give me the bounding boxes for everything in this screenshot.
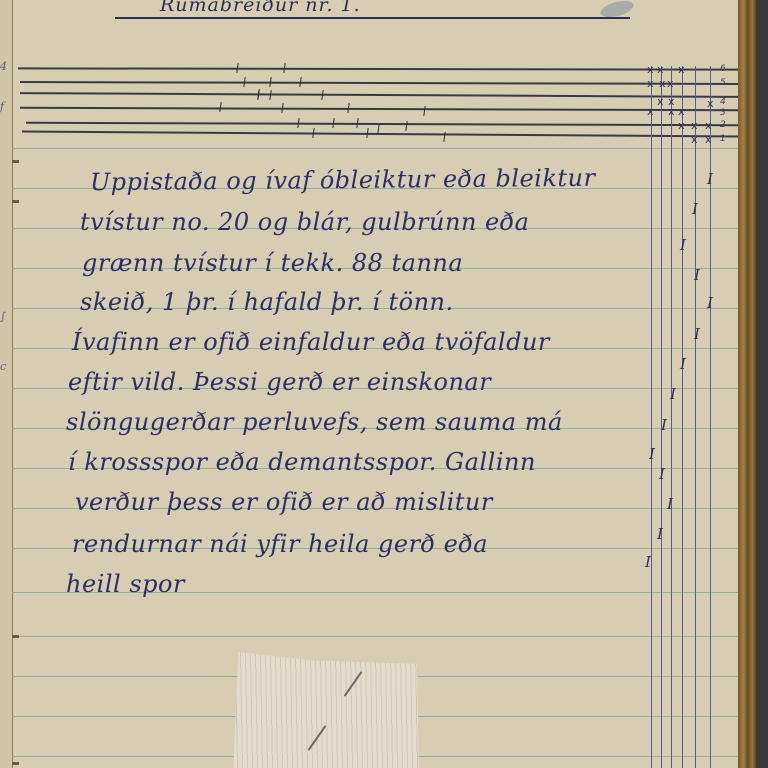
margin-scrawl: f xyxy=(0,100,4,113)
treadle-line xyxy=(682,66,683,768)
threading-line-4 xyxy=(20,92,738,98)
treadle-mark: I xyxy=(659,467,665,482)
treadle-mark: I xyxy=(707,296,713,311)
treadle-mark: I xyxy=(707,172,713,187)
ruled-line xyxy=(12,148,738,149)
margin-mark xyxy=(12,160,19,163)
treadle-mark: I xyxy=(661,418,667,433)
margin-scrawl: ∫ xyxy=(0,310,6,323)
treadle-mark: I xyxy=(657,527,663,542)
treadle-mark: I xyxy=(667,497,673,512)
tieup-x: x xyxy=(691,120,698,131)
shaft-number: 4 xyxy=(720,97,726,107)
text-line-7: slöngugerðar perluvefs, sem sauma má xyxy=(66,408,563,436)
text-line-6: eftir vild. Þessi gerð er einskonar xyxy=(68,368,491,396)
text-line-1: Uppistaða og ívaf óbleiktur eða bleiktur xyxy=(90,164,596,196)
text-line-11: heill spor xyxy=(66,570,185,598)
threading-tick xyxy=(443,132,445,142)
text-line-5: Ívafinn er ofið einfaldur eða tvöfaldur xyxy=(72,328,550,356)
text-line-2: tvístur no. 20 og blár, gulbrúnn eða xyxy=(80,208,529,236)
previous-page-edge: 4 f ∫ c xyxy=(0,0,13,768)
notebook-page: 4 f ∫ c Rúmábreiður nr. 1. xyxy=(0,0,740,768)
tieup-x: x xyxy=(667,78,674,89)
fabric-sample xyxy=(231,646,419,768)
text-line-3: grænn tvístur í tekk. 88 tanna xyxy=(82,249,463,277)
text-line-8: í krossspor eða demantsspor. Gallinn xyxy=(68,448,536,476)
tieup-x: x xyxy=(668,106,675,117)
tieup-x: x xyxy=(657,64,664,75)
tieup-x: x xyxy=(659,78,666,89)
tieup-x: x xyxy=(647,64,654,75)
text-line-9: verður þess er ofið er að mislitur xyxy=(75,488,493,516)
treadle-mark: I xyxy=(694,268,700,283)
treadle-line xyxy=(651,66,652,768)
tieup-x: x xyxy=(707,98,714,109)
threading-line-1 xyxy=(22,131,738,138)
shaft-number: 2 xyxy=(720,120,726,130)
treadle-mark: I xyxy=(692,202,698,217)
shaft-number: 1 xyxy=(720,134,726,144)
page-title: Rúmábreiður nr. 1. xyxy=(160,0,361,16)
title-underline xyxy=(115,17,630,19)
margin-mark xyxy=(12,200,19,203)
tieup-x: x xyxy=(705,134,712,145)
book-binding-edge xyxy=(738,0,756,768)
text-line-10: rendurnar nái yfir heila gerð eða xyxy=(72,530,488,558)
treadle-line xyxy=(671,66,672,768)
tieup-x: x xyxy=(678,120,685,131)
treadle-mark: I xyxy=(694,327,700,342)
treadle-mark: I xyxy=(649,447,655,462)
shaft-number: 3 xyxy=(720,108,726,118)
margin-mark xyxy=(12,635,19,638)
margin-scrawl: c xyxy=(0,360,6,373)
tieup-x: x xyxy=(647,78,654,89)
margin-scrawl: 4 xyxy=(0,60,7,73)
treadle-mark: I xyxy=(680,238,686,253)
tieup-x: x xyxy=(691,134,698,145)
text-line-4: skeið, 1 þr. í hafald þr. í tönn. xyxy=(80,288,454,316)
ruled-line xyxy=(12,636,738,637)
treadle-mark: I xyxy=(680,357,686,372)
treadle-mark: I xyxy=(670,387,676,402)
threading-tick xyxy=(405,121,407,131)
tieup-x: x xyxy=(657,96,664,107)
threading-line-3 xyxy=(20,107,738,112)
margin-mark xyxy=(12,762,19,765)
treadle-line xyxy=(695,66,696,768)
tieup-x: x xyxy=(647,106,654,117)
tieup-x: x xyxy=(678,64,685,75)
tieup-x: x xyxy=(678,106,685,117)
shaft-number: 5 xyxy=(720,78,726,88)
threading-line-2 xyxy=(26,122,738,126)
treadle-mark: I xyxy=(645,555,651,570)
threading-line-5 xyxy=(20,81,738,85)
threading-line-6 xyxy=(18,67,738,70)
tieup-x: x xyxy=(705,120,712,131)
shaft-number: 6 xyxy=(720,64,726,74)
threading-tick xyxy=(423,106,425,116)
